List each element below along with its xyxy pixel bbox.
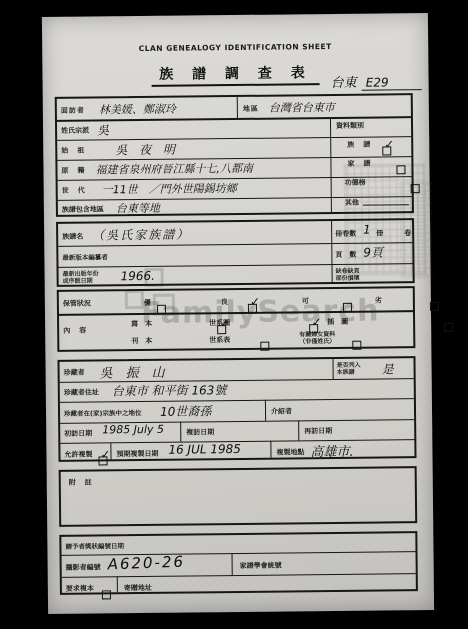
book-info-table: 族譜名 （吳氏家族譜） 冊卷數 1 冊 卷 最新版本編纂者 頁 數 9頁 最新出…: [56, 218, 415, 287]
category-option-family-register-checkbox: ✓: [397, 165, 406, 173]
content-lineage-table-checkbox: ✓: [352, 340, 361, 348]
first-visit-value: 1985 July 5: [102, 423, 164, 437]
content-lineage-table-label: 世系表: [209, 335, 230, 345]
content-illustrations-label: 插 圖: [327, 317, 348, 327]
holder-position-value: 10世裔孫: [160, 402, 211, 420]
first-ancestor-value: 吳 夜 明: [115, 141, 179, 159]
volume-count-label: 冊卷數: [335, 229, 356, 239]
listed-in-genealogy-label: 是否列入 本族譜: [337, 362, 361, 376]
volume-unit-volume: 卷: [404, 228, 412, 238]
condition-good-label: 良: [221, 297, 229, 307]
compiler-label: 最新版本編纂者: [62, 252, 108, 261]
generation-value: 一11世 ／門外世陽錫坊鄉: [102, 180, 237, 197]
content-printed-label: 刊 本: [131, 336, 152, 346]
third-visit-label: 再訪日期: [304, 426, 332, 436]
award-number-label: 贈予者獎狀編號日期: [65, 541, 124, 551]
introducer-label: 介紹者: [271, 406, 292, 416]
condition-table: 保管狀況 優 ✓ 良 ✓ 可 ✓ 劣 ✓ 內 容 寫 本 ✓ 世系圖 ✓ 插 圖…: [57, 286, 416, 352]
request-copy-label: 要求複本: [66, 584, 94, 594]
book-name-value: （吳氏家族譜）: [92, 225, 190, 243]
notes-label: 附 註: [69, 478, 93, 488]
genealogy-sheet-paper: CLAN GENEALOGY IDENTIFICATION SHEET 族 譜 …: [42, 13, 434, 614]
category-option-family-register-label: 家 譜: [347, 159, 371, 169]
pages-value: 9頁: [363, 243, 383, 260]
annotation-place: 台東: [331, 76, 357, 91]
photographer-number-value: A620-26: [107, 553, 185, 574]
holder-address-value: 台東市 和平街 163號: [112, 381, 227, 399]
content-printed-checkbox: ✓: [260, 341, 269, 349]
origin-value: 福建省泉州府晉江縣十七,八都南: [95, 160, 253, 178]
category-option-merit-board-label: 功德榜: [345, 178, 366, 188]
condition-poor-label: 劣: [375, 295, 383, 305]
keep-condition-label: 保管狀況: [63, 299, 91, 309]
category-label: 資料類別: [336, 121, 364, 131]
first-ancestor-label: 始 祖: [61, 146, 85, 156]
photographer-number-label: 攝影者編號: [66, 562, 101, 572]
publication-date-label: 最新出版年份 或序跋日期: [63, 270, 99, 284]
society-number-label: 家譜學會統號: [240, 561, 282, 571]
interviewer-label: 面訪者: [61, 106, 85, 116]
content-illustrations-checkbox: ✓: [444, 322, 453, 330]
listed-in-genealogy-value: 是: [382, 360, 394, 377]
scanned-document-frame: CLAN GENEALOGY IDENTIFICATION SHEET 族 譜 …: [0, 0, 468, 629]
expected-copy-date-label: 預期複製日期: [116, 449, 158, 459]
origin-label: 原 籍: [61, 166, 85, 176]
area-value: 台灣省台東市: [269, 99, 335, 116]
copy-place-value: 高雄市.: [310, 441, 353, 460]
identity-table: 面訪者 林美媛、鄭淑玲 地區 台灣省台東市 姓氏宗派 吳 始 祖 吳 夜 明 原…: [55, 93, 414, 217]
interviewer-value: 林美媛、鄭淑玲: [99, 101, 176, 118]
holder-value: 吳 振 山: [100, 362, 165, 382]
expected-copy-date-value: 16 JUL 1985: [168, 442, 241, 457]
content-women-data-label: 有關婦女資料 （非僅姓氏）: [299, 331, 335, 345]
surname-value: 吳: [97, 121, 109, 138]
condition-excellent-checkbox: ✓: [157, 304, 166, 312]
book-name-label: 族譜名: [62, 232, 83, 242]
category-option-merit-board-checkbox: ✓: [411, 184, 420, 192]
category-option-genealogy-checkbox: ✓: [382, 146, 391, 154]
volume-count-value: 1: [363, 223, 371, 237]
content-lineage-chart-label: 世系圖: [209, 318, 230, 328]
condition-fair-checkbox: ✓: [343, 302, 352, 310]
annotation-code: E29: [362, 75, 422, 91]
generation-label: 世 代: [62, 186, 86, 196]
category-option-other-blank: [363, 195, 409, 205]
sheet-title-chinese: 族 譜 調 查 表: [151, 65, 320, 87]
condition-excellent-label: 優: [144, 298, 152, 308]
holder-address-label: 珍藏者住址: [64, 387, 99, 397]
condition-poor-checkbox: ✓: [430, 301, 439, 309]
content-manuscript-label: 寫 本: [131, 319, 152, 329]
category-option-genealogy-label: 族 譜: [347, 140, 371, 150]
surname-label: 姓氏宗派: [61, 126, 89, 136]
request-copy-checkbox: ✓: [102, 590, 111, 598]
notes-table: 附 註: [59, 466, 418, 527]
pages-label: 頁 數: [335, 250, 356, 260]
copy-permission-label: 允許複製: [64, 450, 92, 460]
mailing-address-label: 寄贈地址: [124, 583, 152, 593]
footer-table: 贈予者獎狀編號日期 攝影者編號 A620-26 家譜學會統號 要求複本 ✓ 寄贈…: [59, 531, 418, 595]
condition-good-checkbox: ✓: [248, 303, 257, 311]
content-label: 內 容: [63, 326, 87, 336]
copy-place-label: 複製地點: [276, 447, 304, 457]
area-label: 地區: [243, 104, 259, 114]
publication-date-value: 1966.: [121, 269, 156, 283]
coverage-label: 族譜包含地區: [62, 204, 104, 214]
second-visit-label: 複訪日期: [186, 427, 214, 437]
missing-pages-label: 缺卷缺頁 部份損壞: [336, 268, 360, 282]
holder-position-label: 珍藏者在(家)宗族中之地位: [64, 408, 142, 418]
category-option-other-label: 其他: [345, 198, 359, 208]
holder-label: 珍藏者: [64, 368, 85, 378]
holder-table: 珍藏者 吳 振 山 是否列入 本族譜 是 珍藏者住址 台東市 和平街 163號 …: [57, 356, 416, 462]
coverage-value: 台東等地: [116, 200, 160, 216]
sheet-title-english: CLAN GENEALOGY IDENTIFICATION SHEET: [139, 42, 332, 53]
first-visit-label: 初訪日期: [64, 429, 92, 439]
condition-fair-label: 可: [302, 296, 310, 306]
copy-permission-checkbox: ✓: [98, 456, 107, 464]
volume-unit-book: 冊: [376, 228, 384, 238]
